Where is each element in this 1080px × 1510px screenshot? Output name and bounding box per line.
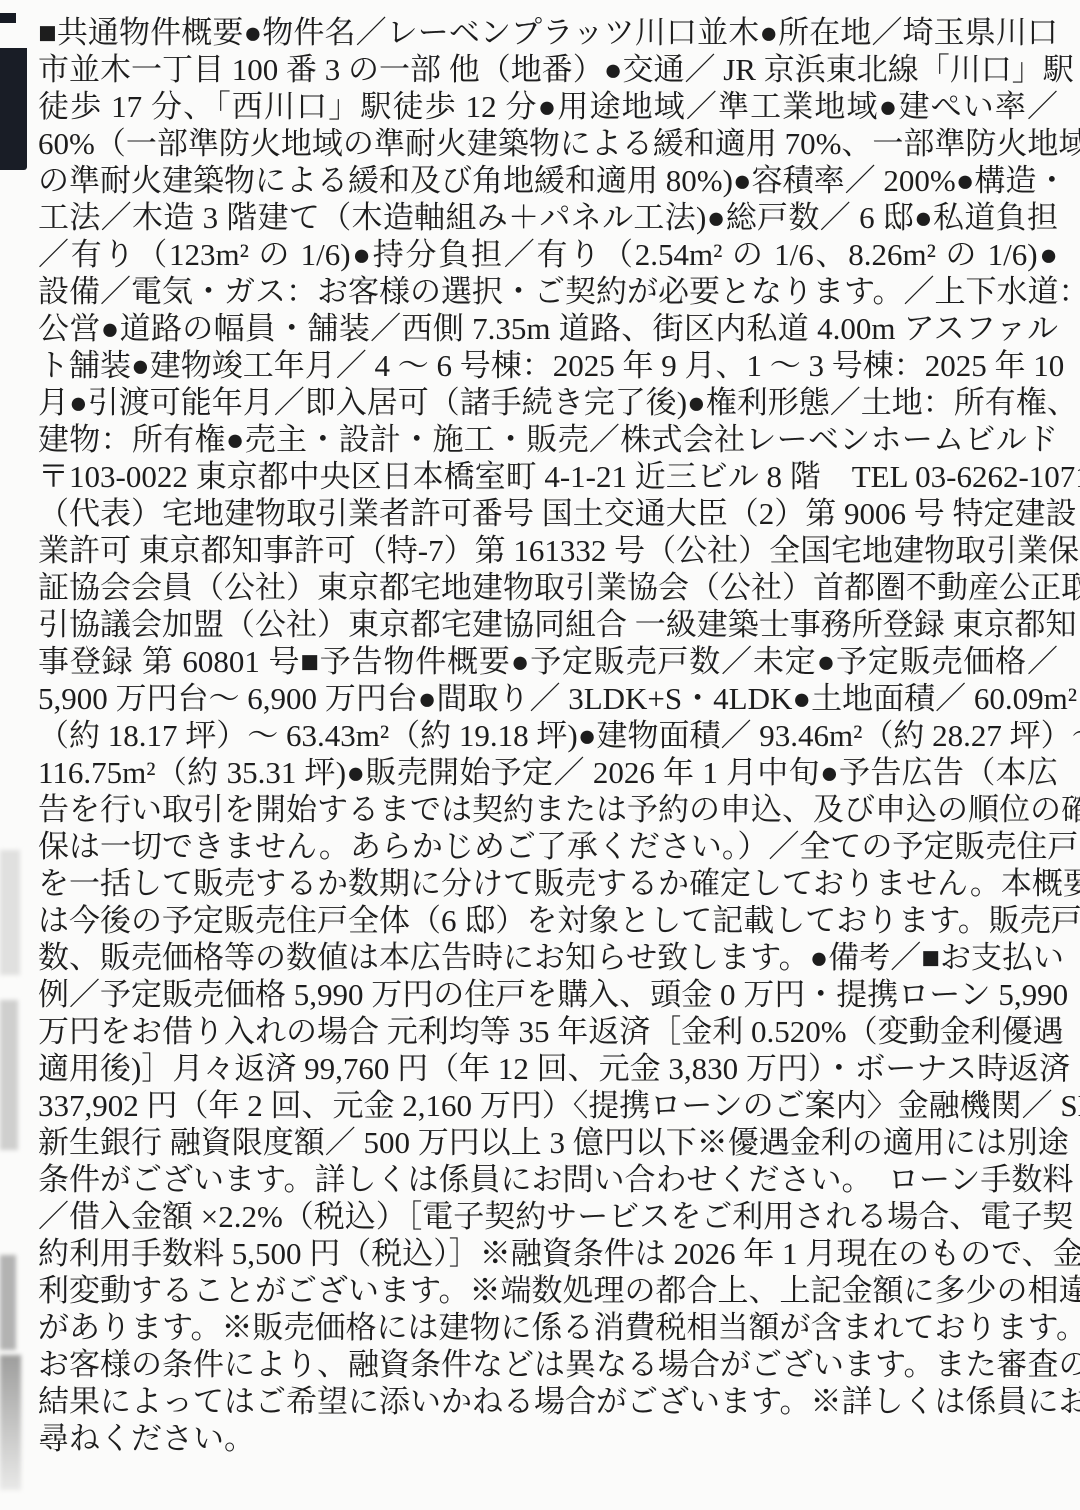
left-photo-remnant-1 (0, 850, 20, 975)
text-line: 設備／電気・ガス：お客様の選択・ご契約が必要となります。／上下水道： (38, 273, 1058, 310)
text-line: 業許可 東京都知事許可（特-7）第 161332 号（公社）全国宅地建物取引業保 (38, 532, 1058, 569)
text-line: ／借入金額 ×2.2%（税込）［電子契約サービスをご利用される場合、電子契 (38, 1198, 1058, 1235)
text-line: 尋ねください。 (38, 1420, 1058, 1457)
left-photo-remnant-4 (0, 1355, 21, 1490)
text-line: 約利用手数料 5,500 円（税込）］※融資条件は 2026 年 1 月現在のも… (38, 1235, 1058, 1272)
left-dark-bar (0, 48, 27, 170)
text-line: 工法／木造 3 階建て（木造軸組み＋パネル工法)●総戸数／ 6 邸●私道負担 (38, 199, 1058, 236)
text-line: 引協議会加盟（公社）東京都宅建協同組合 一級建築士事務所登録 東京都知 (38, 606, 1058, 643)
text-line: ■共通物件概要●物件名／レーベンプラッツ川口並木●所在地／埼玉県川口 (38, 14, 1058, 51)
text-line: 建物：所有権●売主・設計・施工・販売／株式会社レーベンホームビルド (38, 421, 1058, 458)
scan-crop-mark (0, 13, 16, 23)
text-line: 月●引渡可能年月／即入居可（諸手続き完了後)●権利形態／土地：所有権、 (38, 384, 1058, 421)
text-line: 証協会会員（公社）東京都宅地建物取引業協会（公社）首都圏不動産公正取 (38, 569, 1058, 606)
property-overview-page: ■共通物件概要●物件名／レーベンプラッツ川口並木●所在地／埼玉県川口市並木一丁目… (0, 0, 1080, 1510)
text-line: 徒歩 17 分、「西川口」駅徒歩 12 分●用途地域／準工業地域●建ぺい率／ (38, 88, 1058, 125)
text-line: 数、販売価格等の数値は本広告時にお知らせ致します。●備考／■お支払い (38, 939, 1058, 976)
text-line: 適用後)］月々返済 99,760 円（年 12 回、元金 3,830 万円）・ボ… (38, 1050, 1058, 1087)
text-line: （代表）宅地建物取引業者許可番号 国土交通大臣（2）第 9006 号 特定建設 (38, 495, 1058, 532)
text-line: ／有り（123m² の 1/6)●持分負担／有り（2.54m² の 1/6、8.… (38, 236, 1058, 273)
text-line: 337,902 円（年 2 回、元金 2,160 万円）〈提携ローンのご案内〉金… (38, 1087, 1058, 1124)
text-line: 5,900 万円台～ 6,900 万円台●間取り／ 3LDK+S・4LDK●土地… (38, 680, 1058, 717)
text-line: 利変動することがございます。※端数処理の都合上、上記金額に多少の相違 (38, 1272, 1058, 1309)
text-line: 例／予定販売価格 5,990 万円の住戸を購入、頭金 0 万円・提携ローン 5,… (38, 976, 1058, 1013)
text-line: 新生銀行 融資限度額／ 500 万円以上 3 億円以下※優遇金利の適用には別途 (38, 1124, 1058, 1161)
text-line: があります。※販売価格には建物に係る消費税相当額が含まれております。※ (38, 1309, 1058, 1346)
left-photo-remnant-2 (0, 1000, 18, 1150)
text-line: ト舗装●建物竣工年月／ 4 ～ 6 号棟：2025 年 9 月、1 ～ 3 号棟… (38, 347, 1058, 384)
text-line: 116.75m²（約 35.31 坪)●販売開始予定／ 2026 年 1 月中旬… (38, 754, 1058, 791)
text-line: 条件がございます。詳しくは係員にお問い合わせください。 ローン手数料 (38, 1161, 1058, 1198)
text-line: 公営●道路の幅員・舗装／西側 7.35m 道路、街区内私道 4.00m アスファ… (38, 310, 1058, 347)
text-line: 60%（一部準防火地域の準耐火建築物による緩和適用 70%、一部準防火地域 (38, 125, 1058, 162)
left-photo-remnant-3 (0, 1255, 16, 1350)
text-line: 〒103-0022 東京都中央区日本橋室町 4-1-21 近三ビル 8 階 TE… (38, 458, 1058, 495)
text-line: 市並木一丁目 100 番 3 の一部 他（地番）●交通／ JR 京浜東北線「川口… (38, 51, 1058, 88)
document-text: ■共通物件概要●物件名／レーベンプラッツ川口並木●所在地／埼玉県川口市並木一丁目… (38, 14, 1058, 1457)
text-line: の準耐火建築物による緩和及び角地緩和適用 80%)●容積率／ 200%●構造・ (38, 162, 1058, 199)
text-line: 結果によってはご希望に添いかねる場合がございます。※詳しくは係員にお (38, 1383, 1058, 1420)
text-line: を一括して販売するか数期に分けて販売するか確定しておりません。本概要 (38, 865, 1058, 902)
text-line: 事登録 第 60801 号■予告物件概要●予定販売戸数／未定●予定販売価格／ (38, 643, 1058, 680)
text-line: 万円をお借り入れの場合 元利均等 35 年返済［金利 0.520%（変動金利優遇 (38, 1013, 1058, 1050)
text-line: お客様の条件により、融資条件などは異なる場合がございます。また審査の (38, 1346, 1058, 1383)
text-line: は今後の予定販売住戸全体（6 邸）を対象として記載しております。販売戸 (38, 902, 1058, 939)
text-line: （約 18.17 坪）～ 63.43m²（約 19.18 坪)●建物面積／ 93… (38, 717, 1058, 754)
text-line: 告を行い取引を開始するまでは契約または予約の申込、及び申込の順位の確 (38, 791, 1058, 828)
text-line: 保は一切できません。あらかじめご了承ください。）／全ての予定販売住戸 (38, 828, 1058, 865)
